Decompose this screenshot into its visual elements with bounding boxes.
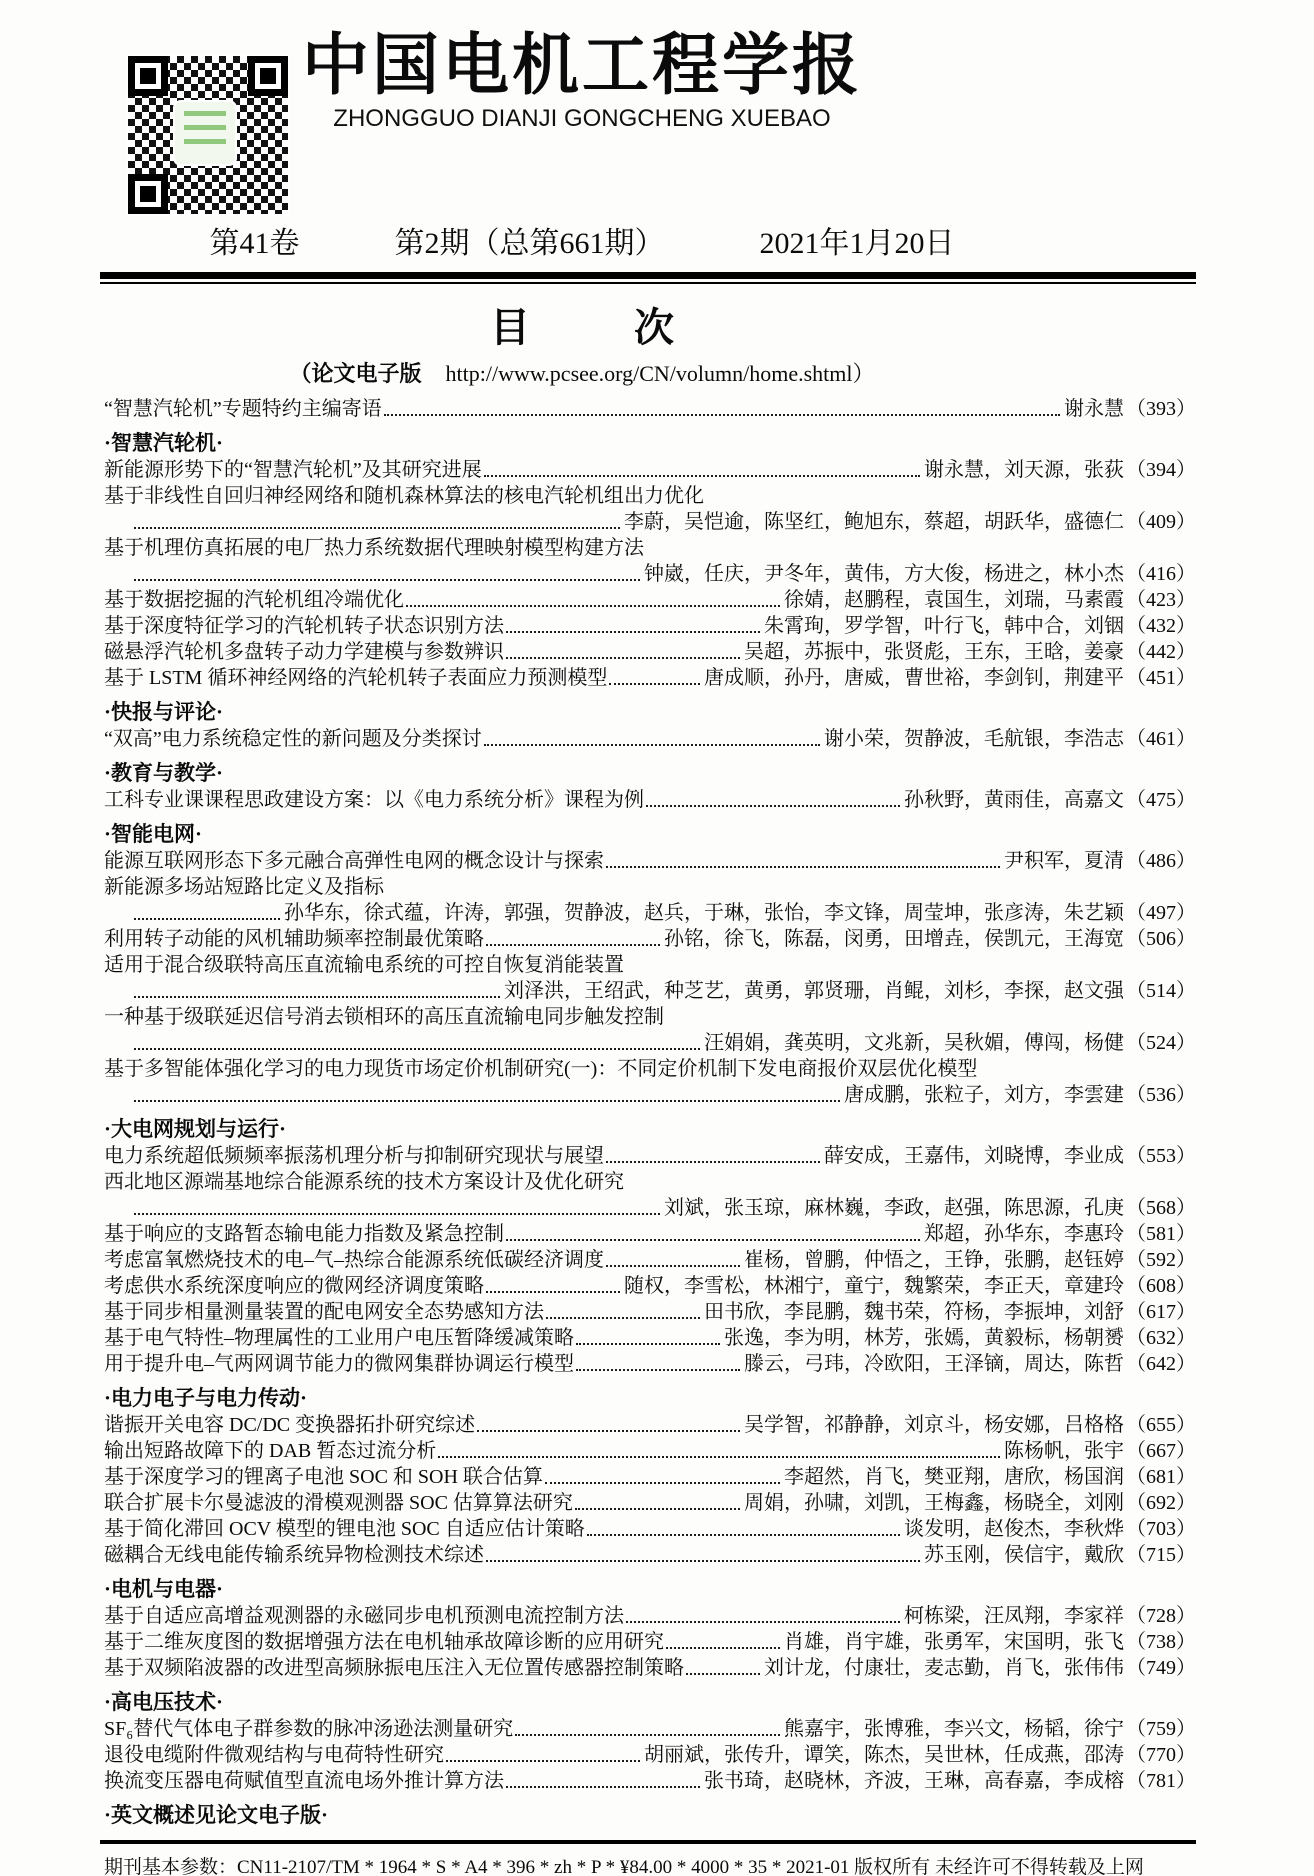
article-authors: 谢永慧 bbox=[1064, 396, 1124, 422]
article-page: （416） bbox=[1126, 561, 1196, 587]
journal-parameters-text: 期刊基本参数：CN11-2107/TM * 1964 * S * A4 * 39… bbox=[104, 1852, 1204, 1876]
leader-dots bbox=[576, 1343, 720, 1345]
article-title: 基于响应的支路暂态输电能力指数及紧急控制 bbox=[104, 1221, 504, 1247]
toc-entry: 工科专业课课程思政建设方案：以《电力系统分析》课程为例 孙秋野，黄雨佳，高嘉文 … bbox=[104, 787, 1196, 813]
article-title: 基于深度特征学习的汽轮机转子状态识别方法 bbox=[104, 613, 504, 639]
toc-entry: “智慧汽轮机”专题特约主编寄语 谢永慧 （393） bbox=[104, 396, 1196, 422]
date-label: 2021年1月20日 bbox=[760, 218, 955, 262]
article-title: 新能源形势下的“智慧汽轮机”及其研究进展 bbox=[104, 457, 482, 483]
article-title: 换流变压器电荷赋值型直流电场外推计算方法 bbox=[104, 1768, 504, 1794]
article-authors: 刘斌，张玉琼，麻林巍，李政，赵强，陈思源，孔庚 bbox=[664, 1195, 1124, 1221]
leader-dots bbox=[575, 1508, 740, 1510]
leader-dots bbox=[626, 1621, 900, 1623]
article-page: （442） bbox=[1126, 639, 1196, 665]
toc-entry: SF₆替代气体电子群参数的脉冲汤逊法测量研究 熊嘉宇，张博雅，李兴文，杨韬，徐宁… bbox=[104, 1716, 1196, 1742]
toc-entry: 联合扩展卡尔曼滤波的滑模观测器 SOC 估算算法研究 周娟，孙啸，刘凯，王梅鑫，… bbox=[104, 1490, 1196, 1516]
leader-dots bbox=[446, 1760, 640, 1762]
article-title: 基于二维灰度图的数据增强方法在电机轴承故障诊断的应用研究 bbox=[104, 1629, 664, 1655]
leader-dots bbox=[486, 1291, 620, 1293]
toc-entry: 磁悬浮汽轮机多盘转子动力学建模与参数辨识 吴超，苏振中，张贤彪，王东，王晗，姜豪… bbox=[104, 639, 1196, 665]
article-page: （394） bbox=[1126, 457, 1196, 483]
article-page: （781） bbox=[1126, 1768, 1196, 1794]
leader-dots bbox=[134, 1100, 840, 1102]
article-title: 基于电气特性–物理属性的工业用户电压暂降缓减策略 bbox=[104, 1325, 574, 1351]
article-title: 工科专业课课程思政建设方案：以《电力系统分析》课程为例 bbox=[104, 787, 644, 813]
toc-entry: 用于提升电–气两网调节能力的微网集群协调运行模型 滕云，弓玮，冷欧阳，王泽镝，周… bbox=[104, 1351, 1196, 1377]
article-authors: 随权，李雪松，林湘宁，童宁，魏繁荣，李正天，章建玲 bbox=[624, 1273, 1124, 1299]
article-page: （553） bbox=[1126, 1143, 1196, 1169]
article-title: 用于提升电–气两网调节能力的微网集群协调运行模型 bbox=[104, 1351, 574, 1377]
leader-dots bbox=[576, 1369, 740, 1371]
header-rule bbox=[100, 272, 1196, 284]
article-authors: 刘泽洪，王绍武，种芝艺，黄勇，郭贤珊，肖鲲，刘杉，李探，赵文强 bbox=[504, 978, 1124, 1004]
article-page: （749） bbox=[1126, 1655, 1196, 1681]
article-title: SF₆替代气体电子群参数的脉冲汤逊法测量研究 bbox=[104, 1716, 513, 1742]
qr-finder-icon bbox=[128, 174, 168, 214]
toc-entry: 基于 LSTM 循环神经网络的汽轮机转子表面应力预测模型 唐成顺，孙丹，唐威，曹… bbox=[104, 665, 1196, 691]
toc-entry: 谐振开关电容 DC/DC 变换器拓扑研究综述 吴学智，祁静静，刘京斗，杨安娜，吕… bbox=[104, 1412, 1196, 1438]
article-title: 基于深度学习的锂离子电池 SOC 和 SOH 联合估算 bbox=[104, 1464, 543, 1490]
article-title: 谐振开关电容 DC/DC 变换器拓扑研究综述 bbox=[104, 1412, 475, 1438]
section-label: ·英文概述见论文电子版· bbox=[104, 1803, 328, 1827]
leader-dots bbox=[134, 579, 640, 581]
toc-entry: 基于二维灰度图的数据增强方法在电机轴承故障诊断的应用研究 肖雄，肖宇雄，张勇军，… bbox=[104, 1629, 1196, 1655]
article-authors: 朱霄珣，罗学智，叶行飞，韩中合，刘铟 bbox=[764, 613, 1124, 639]
article-page: （681） bbox=[1126, 1464, 1196, 1490]
article-title: “双高”电力系统稳定性的新问题及分类探讨 bbox=[104, 726, 482, 752]
article-authors: 尹积军，夏清 bbox=[1004, 848, 1124, 874]
leader-dots bbox=[506, 657, 740, 659]
article-page: （506） bbox=[1126, 926, 1196, 952]
article-authors: 滕云，弓玮，冷欧阳，王泽镝，周达，陈哲 bbox=[744, 1351, 1124, 1377]
section-header: ·大电网规划与运行· bbox=[104, 1116, 1196, 1142]
toc-entry: 基于简化滞回 OCV 模型的锂电池 SOC 自适应估计策略 谈发明，赵俊杰，李秋… bbox=[104, 1516, 1196, 1542]
article-page: （393） bbox=[1126, 396, 1196, 422]
article-authors: 柯栋梁，汪凤翔，李家祥 bbox=[904, 1603, 1124, 1629]
article-page: （536） bbox=[1126, 1082, 1196, 1108]
article-title: 磁悬浮汽轮机多盘转子动力学建模与参数辨识 bbox=[104, 639, 504, 665]
toc-subtitle: （论文电子版http://www.pcsee.org/CN/volumn/hom… bbox=[0, 357, 1314, 388]
leader-dots bbox=[587, 1534, 900, 1536]
leader-dots bbox=[506, 631, 760, 633]
toc-entry: 电力系统超低频频率振荡机理分析与抑制研究现状与展望 薛安成，王嘉伟，刘晓博，李业… bbox=[104, 1143, 1196, 1169]
article-authors: 徐婧，赵鹏程，袁国生，刘瑞，马素霞 bbox=[784, 587, 1124, 613]
article-page: （617） bbox=[1126, 1299, 1196, 1325]
article-authors: 郑超，孙华东，李惠玲 bbox=[924, 1221, 1124, 1247]
article-page: （642） bbox=[1126, 1351, 1196, 1377]
article-page: （568） bbox=[1126, 1195, 1196, 1221]
toc-entry: 磁耦合无线电能传输系统异物检测技术综述 苏玉刚，侯信宇，戴欣 （715） bbox=[104, 1542, 1196, 1568]
article-page: （451） bbox=[1126, 665, 1196, 691]
section-header: ·英文概述见论文电子版· bbox=[104, 1802, 1196, 1828]
section-header: ·电机与电器· bbox=[104, 1576, 1196, 1602]
article-title: 基于简化滞回 OCV 模型的锂电池 SOC 自适应估计策略 bbox=[104, 1516, 585, 1542]
article-title: 输出短路故障下的 DAB 暂态过流分析 bbox=[104, 1438, 436, 1464]
article-authors: 谢永慧，刘天源，张荻 bbox=[924, 457, 1124, 483]
masthead: 中国电机工程学报 ZHONGGUO DIANJI GONGCHENG XUEBA… bbox=[0, 0, 1314, 210]
section-header: ·智慧汽轮机· bbox=[104, 430, 1196, 456]
toc-entry: 基于深度特征学习的汽轮机转子状态识别方法 朱霄珣，罗学智，叶行飞，韩中合，刘铟 … bbox=[104, 613, 1196, 639]
article-page: （632） bbox=[1126, 1325, 1196, 1351]
toc-entry: 基于响应的支路暂态输电能力指数及紧急控制 郑超，孙华东，李惠玲 （581） bbox=[104, 1221, 1196, 1247]
journal-toc-page: 中国电机工程学报 ZHONGGUO DIANJI GONGCHENG XUEBA… bbox=[0, 0, 1314, 1876]
toc-entry: 西北地区源端基地综合能源系统的技术方案设计及优化研究 刘斌，张玉琼，麻林巍，李政… bbox=[104, 1169, 1196, 1221]
article-page: （475） bbox=[1126, 787, 1196, 813]
section-label: ·电机与电器· bbox=[104, 1577, 223, 1601]
leader-dots bbox=[438, 1456, 1000, 1458]
leader-dots bbox=[506, 1239, 920, 1241]
article-authors: 吴学智，祁静静，刘京斗，杨安娜，吕格格 bbox=[744, 1412, 1124, 1438]
section-header: ·智能电网· bbox=[104, 821, 1196, 847]
toc-heading: 目次 bbox=[0, 296, 1314, 353]
leader-dots bbox=[606, 1265, 740, 1267]
leader-dots bbox=[606, 866, 1000, 868]
toc-entry: “双高”电力系统稳定性的新问题及分类探讨 谢小荣，贺静波，毛航银，李浩志 （46… bbox=[104, 726, 1196, 752]
article-title: 考虑供水系统深度响应的微网经济调度策略 bbox=[104, 1273, 484, 1299]
article-title: 基于非线性自回归神经网络和随机森林算法的核电汽轮机组出力优化 bbox=[104, 483, 1196, 509]
leader-dots bbox=[477, 1430, 740, 1432]
leader-dots bbox=[506, 1786, 700, 1788]
article-page: （667） bbox=[1126, 1438, 1196, 1464]
article-authors: 张书琦，赵晓林，齐波，王琳，高春嘉，李成榕 bbox=[704, 1768, 1124, 1794]
toc-entry: 基于非线性自回归神经网络和随机森林算法的核电汽轮机组出力优化 李蔚，吴恺逾，陈坚… bbox=[104, 483, 1196, 535]
article-authors: 李超然，肖飞，樊亚翔，唐欣，杨国润 bbox=[784, 1464, 1124, 1490]
section-header: ·快报与评论· bbox=[104, 699, 1196, 725]
article-page: （514） bbox=[1126, 978, 1196, 1004]
leader-dots bbox=[686, 1673, 760, 1675]
article-page: （608） bbox=[1126, 1273, 1196, 1299]
leader-dots bbox=[646, 805, 900, 807]
leader-dots bbox=[546, 1317, 700, 1319]
section-label: ·高电压技术· bbox=[104, 1690, 223, 1714]
article-title: 基于数据挖掘的汽轮机组冷端优化 bbox=[104, 587, 404, 613]
article-authors: 刘计龙，付康壮，麦志勤，肖飞，张伟伟 bbox=[764, 1655, 1124, 1681]
toc-entry: 新能源形势下的“智慧汽轮机”及其研究进展 谢永慧，刘天源，张荻 （394） bbox=[104, 457, 1196, 483]
toc-entry: 基于同步相量测量装置的配电网安全态势感知方法 田书欣，李昆鹏，魏书荣，符杨，李振… bbox=[104, 1299, 1196, 1325]
article-authors: 胡丽斌，张传升，谭笑，陈杰，吴世林，任成燕，邵涛 bbox=[644, 1742, 1124, 1768]
article-title: 基于双频陷波器的改进型高频脉振电压注入无位置传感器控制策略 bbox=[104, 1655, 684, 1681]
article-title: 基于 LSTM 循环神经网络的汽轮机转子表面应力预测模型 bbox=[104, 665, 607, 691]
leader-dots bbox=[134, 918, 280, 920]
leader-dots bbox=[486, 944, 660, 946]
article-authors: 崔杨，曾鹏，仲悟之，王铮，张鹏，赵钰婷 bbox=[744, 1247, 1124, 1273]
article-authors: 吴超，苏振中，张贤彪，王东，王晗，姜豪 bbox=[744, 639, 1124, 665]
article-authors: 谢小荣，贺静波，毛航银，李浩志 bbox=[824, 726, 1124, 752]
toc-heading-right: 次 bbox=[634, 305, 674, 350]
leader-dots bbox=[384, 414, 1060, 416]
article-page: （655） bbox=[1126, 1412, 1196, 1438]
leader-dots bbox=[515, 1734, 780, 1736]
toc-entry: 基于双频陷波器的改进型高频脉振电压注入无位置传感器控制策略 刘计龙，付康壮，麦志… bbox=[104, 1655, 1196, 1681]
article-page: （592） bbox=[1126, 1247, 1196, 1273]
section-header: ·高电压技术· bbox=[104, 1689, 1196, 1715]
section-label: ·教育与教学· bbox=[104, 761, 223, 785]
section-label: ·智慧汽轮机· bbox=[104, 431, 223, 455]
qr-finder-icon bbox=[248, 56, 288, 96]
leader-dots bbox=[486, 1560, 920, 1562]
section-label: ·智能电网· bbox=[104, 822, 202, 846]
toc-entry: 利用转子动能的风机辅助频率控制最优策略 孙铭，徐飞，陈磊，闵勇，田增垚，侯凯元，… bbox=[104, 926, 1196, 952]
article-authors: 孙秋野，黄雨佳，高嘉文 bbox=[904, 787, 1124, 813]
leader-dots bbox=[406, 605, 780, 607]
article-title: “智慧汽轮机”专题特约主编寄语 bbox=[104, 396, 382, 422]
article-authors: 孙华东，徐式蕴，许涛，郭强，贺静波，赵兵，于琳，张怡，李文锋，周莹坤，张彦涛，朱… bbox=[284, 900, 1124, 926]
leader-dots bbox=[666, 1647, 780, 1649]
article-page: （432） bbox=[1126, 613, 1196, 639]
article-authors: 汪娟娟，龚英明，文兆新，吴秋媚，傅闯，杨健 bbox=[704, 1030, 1124, 1056]
leader-dots bbox=[484, 744, 820, 746]
article-authors: 陈杨帆，张宇 bbox=[1004, 1438, 1124, 1464]
leader-dots bbox=[545, 1482, 780, 1484]
toc-entry: 考虑富氧燃烧技术的电–气–热综合能源系统低碳经济调度 崔杨，曾鹏，仲悟之，王铮，… bbox=[104, 1247, 1196, 1273]
article-title: 西北地区源端基地综合能源系统的技术方案设计及优化研究 bbox=[104, 1169, 1196, 1195]
e-version-label: （论文电子版 bbox=[290, 361, 422, 386]
issue-info-line: 第41卷 第2期（总第661期） 2021年1月20日 bbox=[0, 218, 1314, 262]
section-header: ·教育与教学· bbox=[104, 760, 1196, 786]
leader-dots bbox=[606, 1161, 820, 1163]
article-title: 能源互联网形态下多元融合高弹性电网的概念设计与探索 bbox=[104, 848, 604, 874]
article-authors: 唐成顺，孙丹，唐威，曹世裕，李剑钊，荆建平 bbox=[704, 665, 1124, 691]
qr-center-label bbox=[175, 102, 235, 164]
section-label: ·电力电子与电力传动· bbox=[104, 1386, 307, 1410]
leader-dots bbox=[484, 475, 920, 477]
article-authors: 苏玉刚，侯信宇，戴欣 bbox=[924, 1542, 1124, 1568]
article-authors: 谈发明，赵俊杰，李秋烨 bbox=[904, 1516, 1124, 1542]
leader-dots bbox=[609, 683, 700, 685]
article-page: （486） bbox=[1126, 848, 1196, 874]
article-title: 基于自适应高增益观测器的永磁同步电机预测电流控制方法 bbox=[104, 1603, 624, 1629]
qr-code bbox=[128, 56, 288, 214]
toc-entry: 基于深度学习的锂离子电池 SOC 和 SOH 联合估算 李超然，肖飞，樊亚翔，唐… bbox=[104, 1464, 1196, 1490]
toc-entry: 基于自适应高增益观测器的永磁同步电机预测电流控制方法 柯栋梁，汪凤翔，李家祥 （… bbox=[104, 1603, 1196, 1629]
article-page: （409） bbox=[1126, 509, 1196, 535]
article-authors: 唐成鹏，张粒子，刘方，李雲建 bbox=[844, 1082, 1124, 1108]
article-page: （423） bbox=[1126, 587, 1196, 613]
article-authors: 李蔚，吴恺逾，陈坚红，鲍旭东，蔡超，胡跃华，盛德仁 bbox=[624, 509, 1124, 535]
article-title: 考虑富氧燃烧技术的电–气–热综合能源系统低碳经济调度 bbox=[104, 1247, 604, 1273]
toc-entry: 适用于混合级联特高压直流输电系统的可控自恢复消能装置 刘泽洪，王绍武，种芝艺，黄… bbox=[104, 952, 1196, 1004]
article-authors: 田书欣，李昆鹏，魏书荣，符杨，李振坤，刘舒 bbox=[704, 1299, 1124, 1325]
toc-entry: 退役电缆附件微观结构与电荷特性研究 胡丽斌，张传升，谭笑，陈杰，吴世林，任成燕，… bbox=[104, 1742, 1196, 1768]
article-title: 退役电缆附件微观结构与电荷特性研究 bbox=[104, 1742, 444, 1768]
section-label: ·快报与评论· bbox=[104, 700, 223, 724]
leader-dots bbox=[134, 1213, 660, 1215]
article-authors: 张逸，李为明，林芳，张嫣，黄毅标，杨朝赟 bbox=[724, 1325, 1124, 1351]
volume-label: 第41卷 bbox=[210, 218, 300, 262]
article-title: 适用于混合级联特高压直流输电系统的可控自恢复消能装置 bbox=[104, 952, 1196, 978]
toc-entry: 基于多智能体强化学习的电力现货市场定价机制研究(一)：不同定价机制下发电商报价双… bbox=[104, 1056, 1196, 1108]
toc-entry: 能源互联网形态下多元融合高弹性电网的概念设计与探索 尹积军，夏清 （486） bbox=[104, 848, 1196, 874]
article-page: （703） bbox=[1126, 1516, 1196, 1542]
article-authors: 薛安成，王嘉伟，刘晓博，李业成 bbox=[824, 1143, 1124, 1169]
toc-entry: 一种基于级联延迟信号消去锁相环的高压直流输电同步触发控制 汪娟娟，龚英明，文兆新… bbox=[104, 1004, 1196, 1056]
section-label: ·大电网规划与运行· bbox=[104, 1117, 286, 1141]
article-page: （692） bbox=[1126, 1490, 1196, 1516]
article-title: 基于同步相量测量装置的配电网安全态势感知方法 bbox=[104, 1299, 544, 1325]
article-title: 基于机理仿真拓展的电厂热力系统数据代理映射模型构建方法 bbox=[104, 535, 1196, 561]
article-title: 联合扩展卡尔曼滤波的滑模观测器 SOC 估算算法研究 bbox=[104, 1490, 573, 1516]
article-page: （581） bbox=[1126, 1221, 1196, 1247]
article-page: （715） bbox=[1126, 1542, 1196, 1568]
journal-url-link[interactable]: http://www.pcsee.org/CN/volumn/home.shtm… bbox=[446, 361, 875, 386]
toc-heading-left: 目 bbox=[490, 305, 530, 350]
footer-rule bbox=[100, 1840, 1196, 1844]
article-page: （770） bbox=[1126, 1742, 1196, 1768]
article-title: 电力系统超低频频率振荡机理分析与抑制研究现状与展望 bbox=[104, 1143, 604, 1169]
section-header: ·电力电子与电力传动· bbox=[104, 1385, 1196, 1411]
leader-dots bbox=[134, 996, 500, 998]
issue-label: 第2期（总第661期） bbox=[395, 218, 665, 262]
article-title: 磁耦合无线电能传输系统异物检测技术综述 bbox=[104, 1542, 484, 1568]
toc-entry: 输出短路故障下的 DAB 暂态过流分析 陈杨帆，张宇 （667） bbox=[104, 1438, 1196, 1464]
leader-dots bbox=[134, 527, 620, 529]
article-authors: 熊嘉宇，张博雅，李兴文，杨韬，徐宁 bbox=[784, 1716, 1124, 1742]
toc-list: “智慧汽轮机”专题特约主编寄语 谢永慧 （393） ·智慧汽轮机· 新能源形势下… bbox=[104, 396, 1196, 1828]
article-page: （524） bbox=[1126, 1030, 1196, 1056]
article-title: 基于多智能体强化学习的电力现货市场定价机制研究(一)：不同定价机制下发电商报价双… bbox=[104, 1056, 1196, 1082]
article-title: 利用转子动能的风机辅助频率控制最优策略 bbox=[104, 926, 484, 952]
article-page: （497） bbox=[1126, 900, 1196, 926]
article-title: 新能源多场站短路比定义及指标 bbox=[104, 874, 1196, 900]
article-page: （461） bbox=[1126, 726, 1196, 752]
toc-entry: 换流变压器电荷赋值型直流电场外推计算方法 张书琦，赵晓林，齐波，王琳，高春嘉，李… bbox=[104, 1768, 1196, 1794]
article-page: （738） bbox=[1126, 1629, 1196, 1655]
toc-entry: 新能源多场站短路比定义及指标 孙华东，徐式蕴，许涛，郭强，贺静波，赵兵，于琳，张… bbox=[104, 874, 1196, 926]
article-page: （728） bbox=[1126, 1603, 1196, 1629]
toc-entry: 基于数据挖掘的汽轮机组冷端优化 徐婧，赵鹏程，袁国生，刘瑞，马素霞 （423） bbox=[104, 587, 1196, 613]
toc-entry: 基于机理仿真拓展的电厂热力系统数据代理映射模型构建方法 钟崴，任庆，尹冬年，黄伟… bbox=[104, 535, 1196, 587]
leader-dots bbox=[134, 1048, 700, 1050]
article-authors: 肖雄，肖宇雄，张勇军，宋国明，张飞 bbox=[784, 1629, 1124, 1655]
qr-finder-icon bbox=[128, 56, 168, 96]
article-authors: 周娟，孙啸，刘凯，王梅鑫，杨晓全，刘刚 bbox=[744, 1490, 1124, 1516]
article-authors: 钟崴，任庆，尹冬年，黄伟，方大俊，杨进之，林小杰 bbox=[644, 561, 1124, 587]
article-page: （759） bbox=[1126, 1716, 1196, 1742]
article-title: 一种基于级联延迟信号消去锁相环的高压直流输电同步触发控制 bbox=[104, 1004, 1196, 1030]
article-authors: 孙铭，徐飞，陈磊，闵勇，田增垚，侯凯元，王海宽 bbox=[664, 926, 1124, 952]
toc-entry: 考虑供水系统深度响应的微网经济调度策略 随权，李雪松，林湘宁，童宁，魏繁荣，李正… bbox=[104, 1273, 1196, 1299]
toc-entry: 基于电气特性–物理属性的工业用户电压暂降缓减策略 张逸，李为明，林芳，张嫣，黄毅… bbox=[104, 1325, 1196, 1351]
